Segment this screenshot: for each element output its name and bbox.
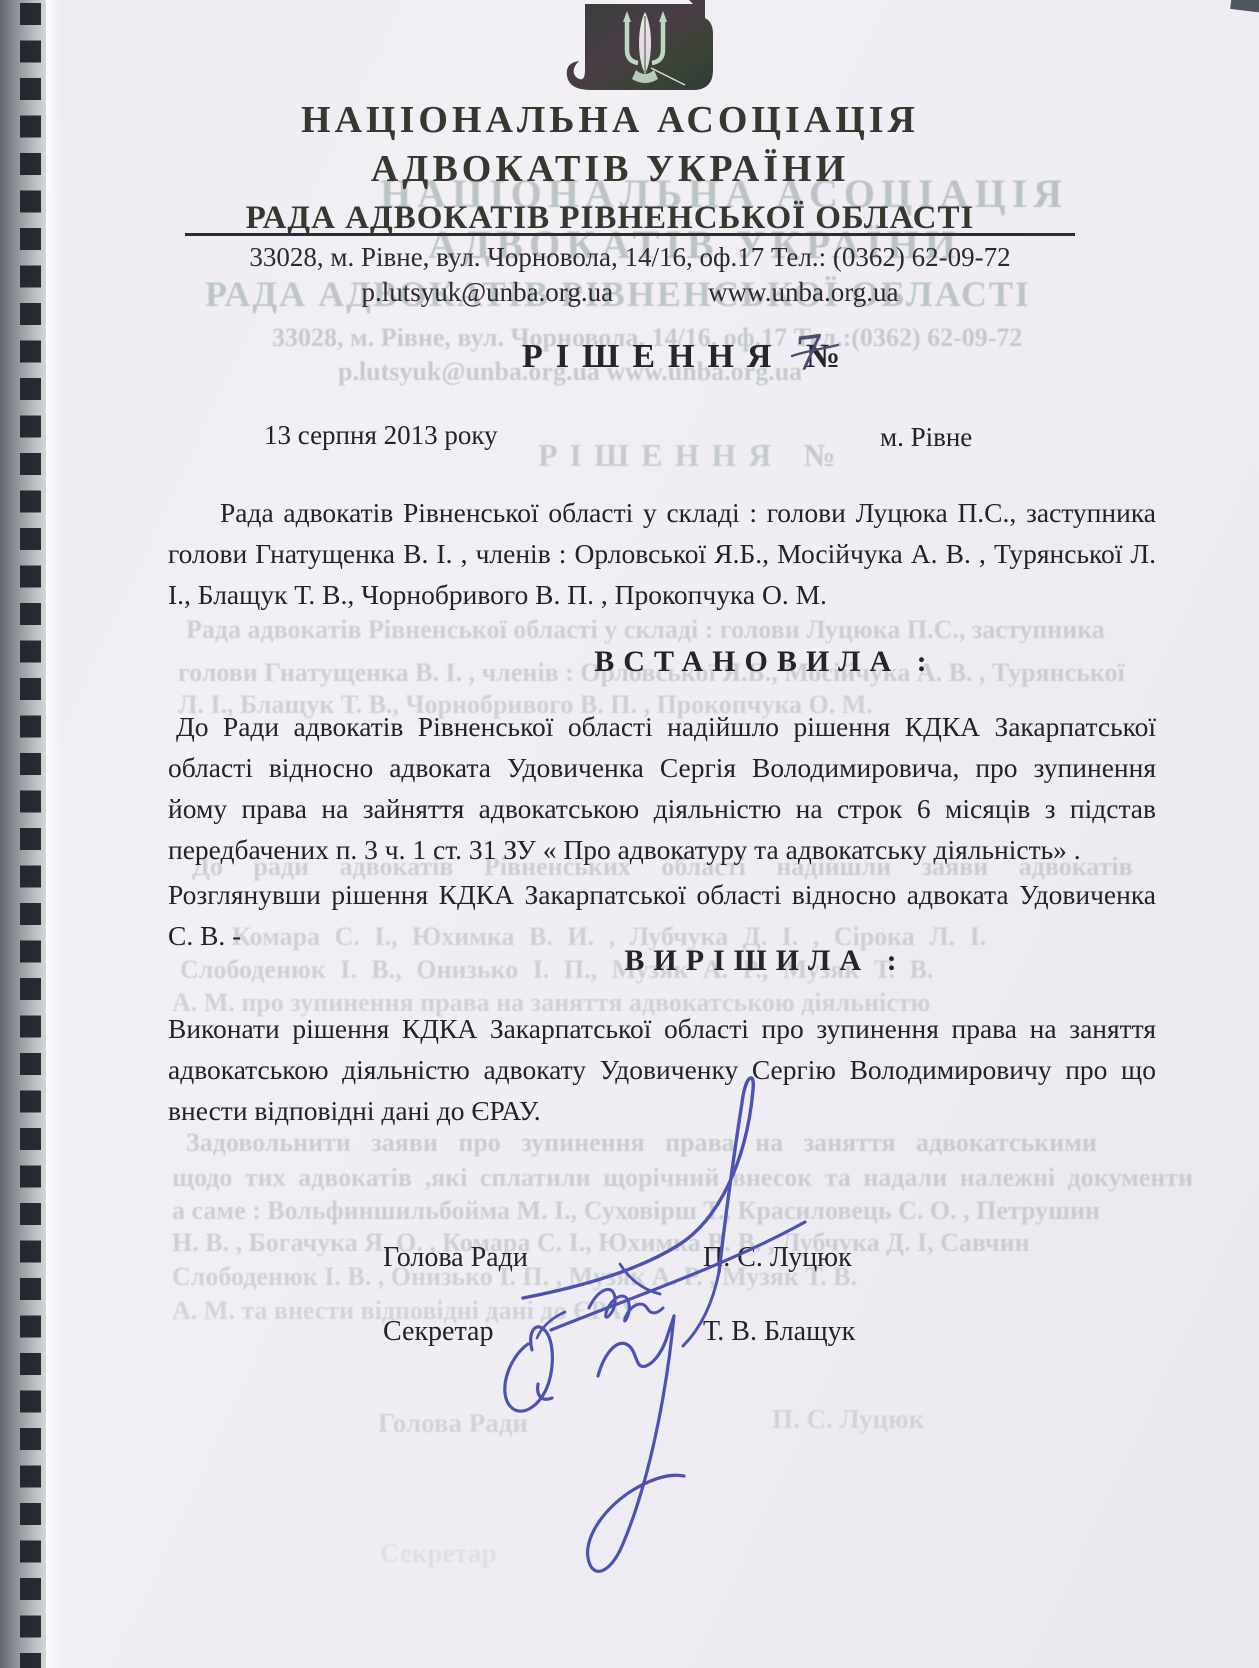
letterhead: НАЦІОНАЛЬНА АСОЦІАЦІЯ АДВОКАТІВ УКРАЇНИ … [120, 98, 1100, 237]
spiral-binding-strip [0, 0, 46, 1668]
show-through-line: РІШЕННЯ № [538, 437, 848, 474]
decision-date: 13 серпня 2013 року [264, 420, 498, 451]
email-text: p.lutsyuk@unba.org.ua [361, 277, 613, 308]
scan-corner-artifact [1230, 0, 1259, 13]
org-name-line1: НАЦІОНАЛЬНА АСОЦІАЦІЯ [120, 98, 1100, 142]
scanned-document-page: НАЦІОНАЛЬНА АСОЦІАЦІЯ АДВОКАТІВ УКРАЇНИ … [0, 0, 1259, 1668]
secretary-signature [470, 1258, 770, 1653]
organization-emblem-icon [545, 0, 745, 96]
address-line: 33028, м. Рівне, вул. Чорновола, 14/16, … [180, 242, 1080, 273]
binding-holes [20, 0, 41, 1668]
website-text: www.unba.org.ua [708, 277, 898, 308]
council-composition-paragraph: Рада адвокатів Рівненської області у скл… [168, 492, 1156, 615]
letterhead-divider [185, 233, 1075, 236]
contacts-line: p.lutsyuk@unba.org.ua www.unba.org.ua [180, 277, 1080, 308]
paper-edge-highlight [46, 0, 62, 1668]
handwritten-number-cross-stroke [786, 330, 846, 370]
decided-heading: ВИРІШИЛА : [270, 944, 1259, 978]
show-through-line: П. С. Луцюк [772, 1404, 924, 1435]
org-name-line3: РАДА АДВОКАТІВ РІВНЕНСЬКОЇ ОБЛАСТІ [120, 200, 1100, 237]
established-heading: ВСТАНОВИЛА : [270, 645, 1259, 679]
org-name-line2: АДВОКАТІВ УКРАЇНИ [120, 147, 1100, 191]
decision-place: м. Рівне [880, 422, 972, 453]
established-paragraph: До Ради адвокатів Рівненської області на… [168, 706, 1156, 870]
show-through-line: Рада адвокатів Рівненської області у скл… [186, 615, 1105, 645]
